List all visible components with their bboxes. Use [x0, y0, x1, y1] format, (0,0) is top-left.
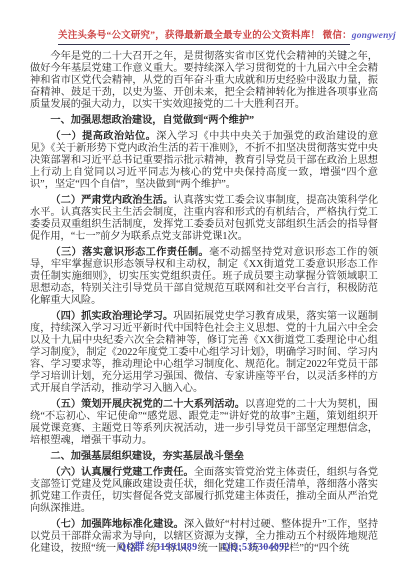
- section-heading-1: 一、加强思想政治建设，自觉做到“两个维护”: [30, 115, 378, 127]
- qq-group-contact: QQ群：31991489: [118, 542, 197, 553]
- paragraph-7-lead: （七）加强阵地标准化建设。: [50, 519, 184, 530]
- section-heading-2: 二、加强基层组织建设，夯实基层战斗堡垒: [30, 451, 378, 463]
- document-page: 关注头条号“公文研究”，获得最新最全最专业的公文资料库！ 微信：gongweny…: [0, 0, 408, 580]
- paragraph-1: （一）提高政治站位。深入学习《中共中央关于加强党的政治建设的意见》《关于新形势下…: [30, 131, 378, 191]
- paragraph-3-lead: （三）落实意识形态工作责任制。: [50, 247, 209, 258]
- qq-contact: QQ:535304092: [222, 542, 290, 553]
- paragraph-4: （四）抓实政治理论学习。巩固拓展党史学习教育成果，落实第一议题制度，持续深入学习…: [30, 311, 378, 396]
- paragraph-2: （二）严肃党内政治生活。认真落实党工委会议事制度，提高决策科学化水平。认真落实民…: [30, 195, 378, 243]
- paragraph-2-lead: （二）严肃党内政治生活。: [50, 195, 173, 206]
- paragraph-6-lead: （六）认真履行党建工作责任。: [50, 467, 193, 478]
- paragraph-5: （五）策划开展庆祝党的二十大系列活动。以喜迎党的二十大为契机，围绕“不忘初心、牢…: [30, 399, 378, 447]
- qq-footer: QQ群：31991489 QQ:535304092: [0, 538, 408, 553]
- paragraph-6: （六）认真履行党建工作责任。全面落实管党治党主体责任，组织与各党支部签订党建及党…: [30, 467, 378, 515]
- intro-paragraph: 今年是党的二十大召开之年，是贯彻落实省市区党代会精神的关键之年，做好今年基层党建…: [30, 51, 378, 111]
- wechat-id: gongwenyj: [352, 31, 396, 41]
- document-body: 今年是党的二十大召开之年，是贯彻落实省市区党代会精神的关键之年，做好今年基层党建…: [30, 51, 378, 559]
- paragraph-3: （三）落实意识形态工作责任制。毫不动摇坚持党对意识形态工作的领导，牢牢掌握意识形…: [30, 247, 378, 307]
- paragraph-4-text: 巩固拓展党史学习教育成果，落实第一议题制度，持续深入学习习近平新时代中国特色社会…: [30, 311, 378, 395]
- paragraph-1-lead: （一）提高政治站位。: [50, 131, 156, 142]
- promo-header-text: 关注头条号“公文研究”，获得最新最全最专业的公文资料库！ 微信：: [58, 31, 352, 41]
- paragraph-5-lead: （五）策划开展庆祝党的二十大系列活动。: [50, 399, 245, 410]
- promo-header: 关注头条号“公文研究”，获得最新最全最专业的公文资料库！ 微信：gongweny…: [58, 27, 350, 45]
- paragraph-4-lead: （四）抓实政治理论学习。: [50, 311, 173, 322]
